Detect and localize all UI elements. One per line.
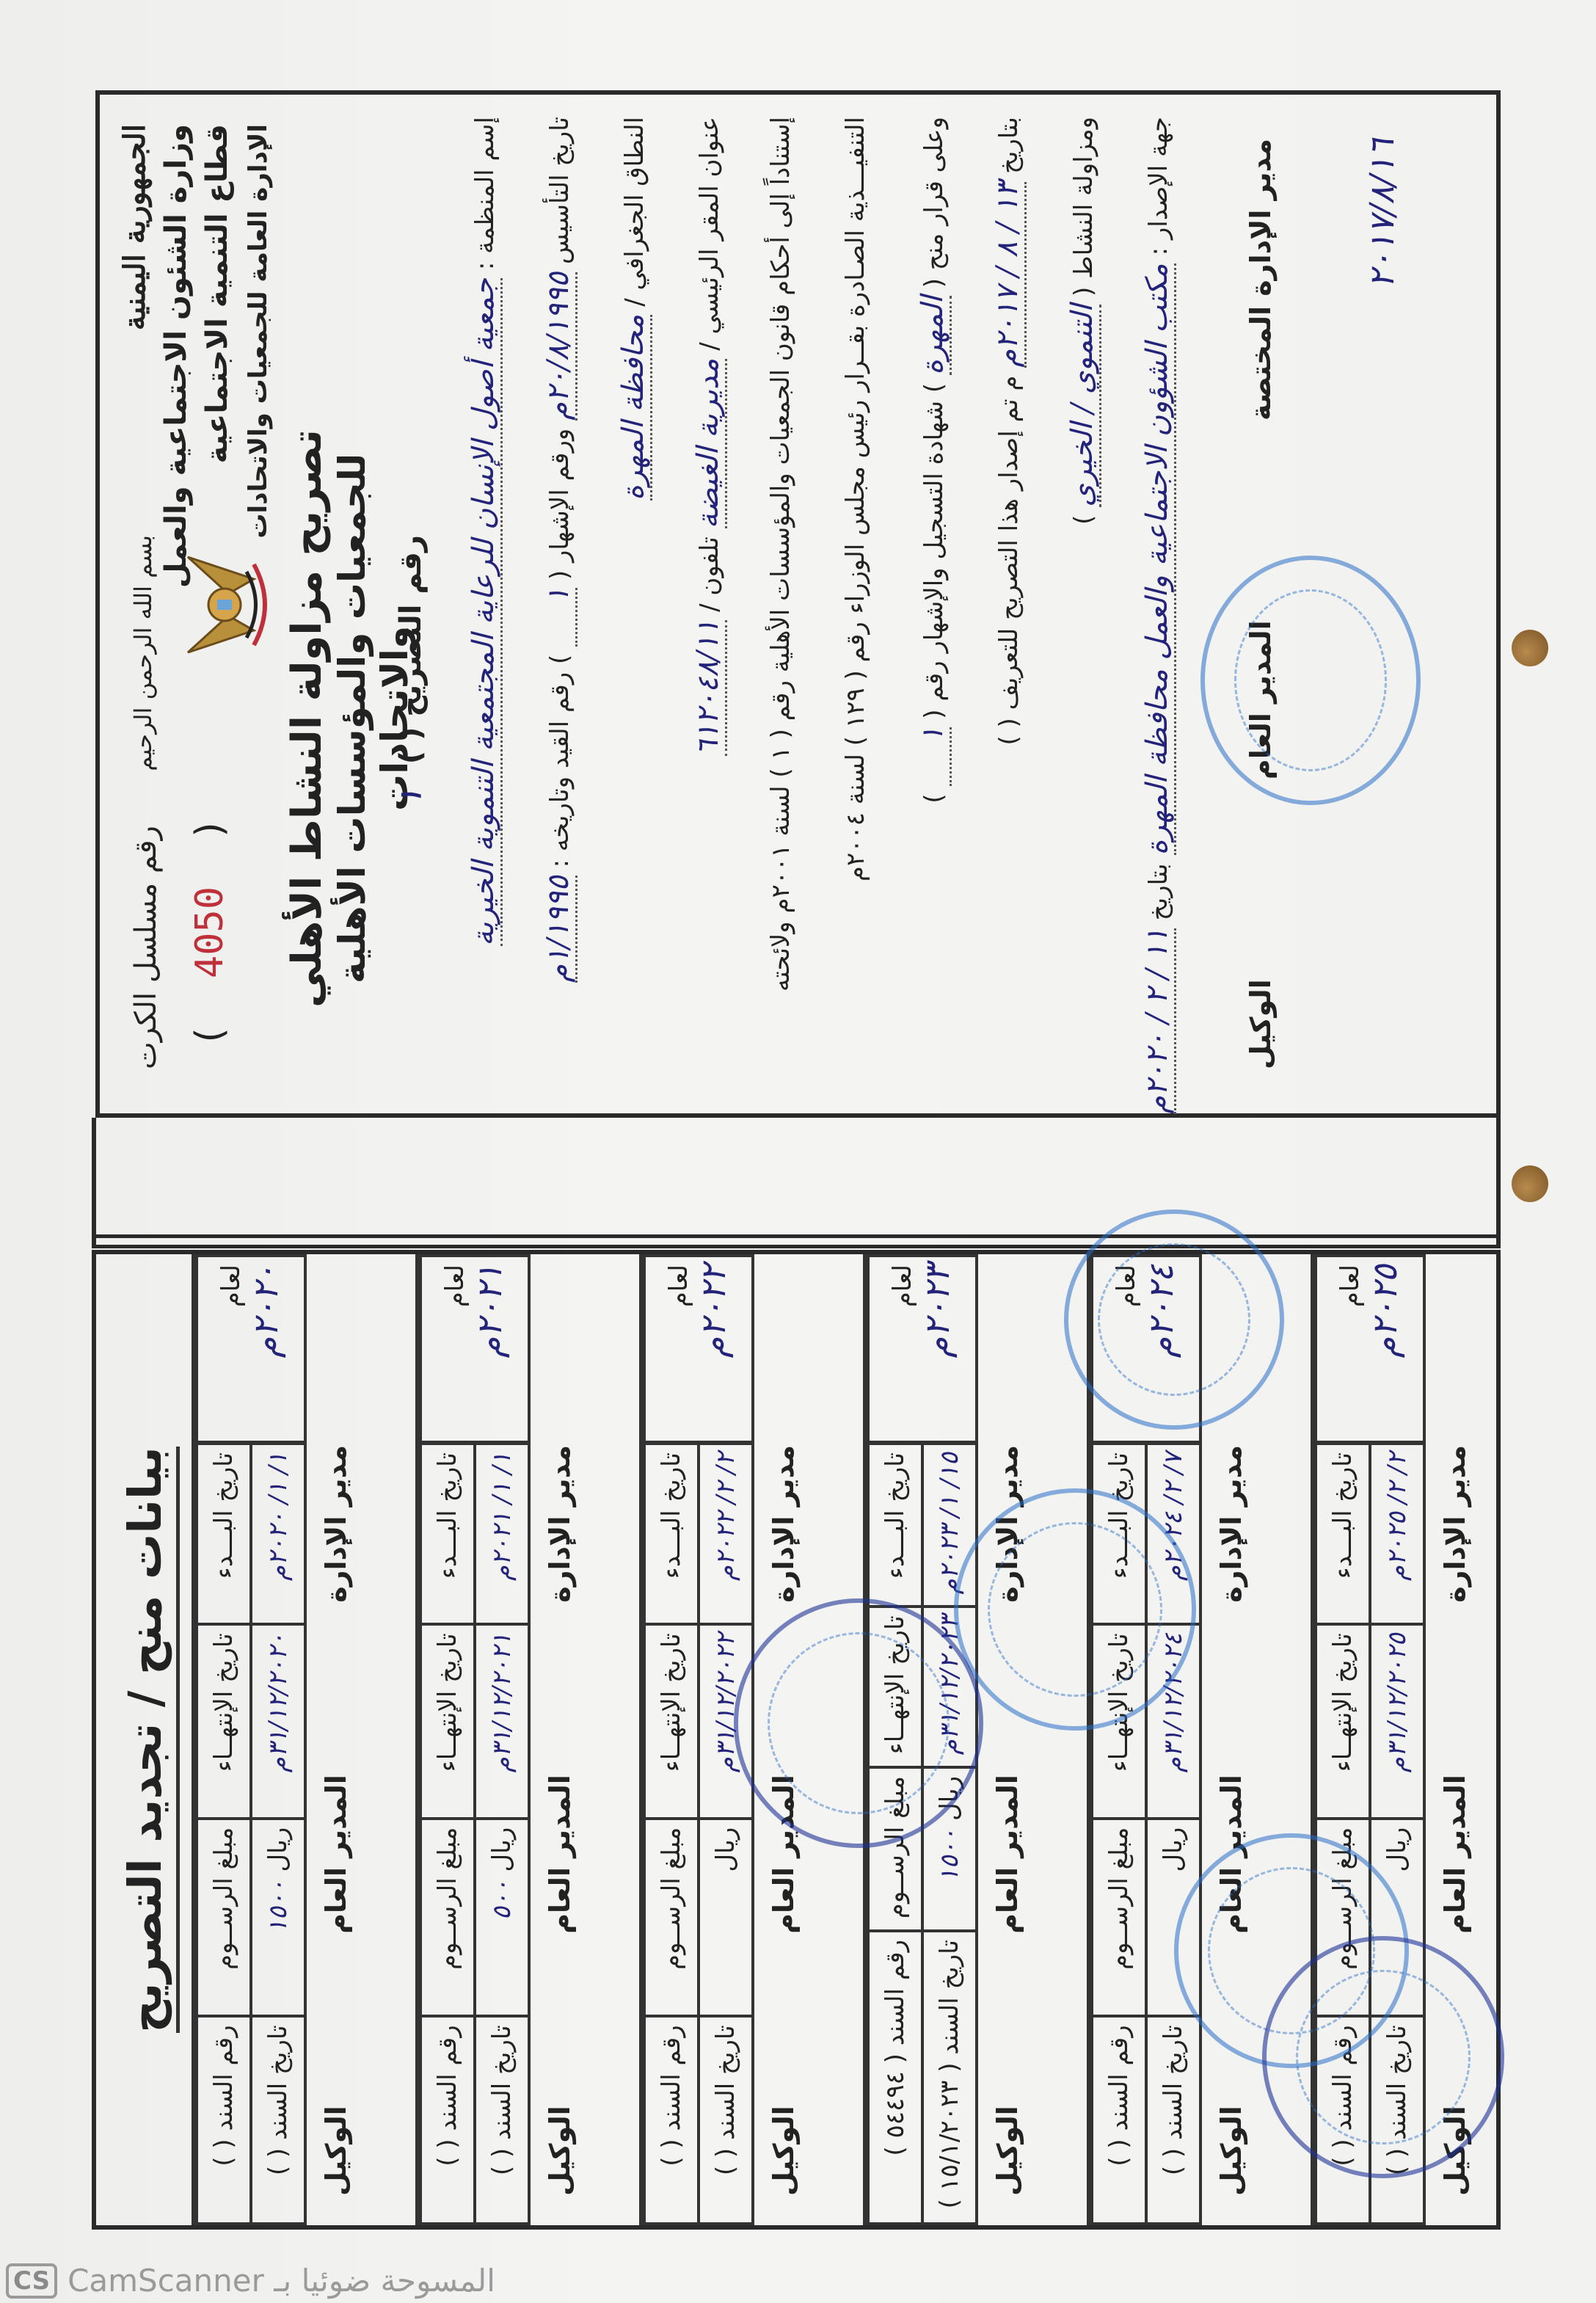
field-value: التنموي / الخيري xyxy=(1065,305,1101,507)
field-label: وعلى قرار منح ( xyxy=(919,117,949,288)
renewal-signatures: مدير الإدارة المدير العام الوكيل xyxy=(1215,1445,1247,2196)
certificate-field: إستناداً إلى أحكام قانون الجمعيات والمؤس… xyxy=(766,117,795,992)
admin-director-label: مدير الإدارة المختصة xyxy=(1245,139,1277,421)
fee-label: مبلغ الرســوم xyxy=(1092,1819,1146,2017)
field-value: جمعية أصول الإنسان للرعاية المجتمعية الت… xyxy=(467,278,503,946)
year-value: ٢٠٢٣م xyxy=(917,1265,957,1433)
field-value: ٦١٢٠٤٨/١١ xyxy=(691,620,727,756)
field-label: تلفون / xyxy=(695,536,724,612)
renewal-title: بيانات منح / تجديد التصريح xyxy=(118,1254,172,2225)
field-label: بتاريخ xyxy=(994,117,1024,174)
certificate-field: بتاريخ ١٣ / ٨ / ٢٠١٧م م تم إصدار هذا الت… xyxy=(991,117,1027,746)
renewal-signatures: مدير الإدارة المدير العام الوكيل xyxy=(320,1445,352,2196)
admin-signature-date: ٢٠١٧/٨/١٦ xyxy=(1362,139,1402,288)
camscanner-logo-icon: CS xyxy=(6,2263,57,2299)
renewal-row: لعام ٢٠٢١م تاريخ البـــدء تاريخ الإنتهــ… xyxy=(415,1254,643,2225)
receipt-no-label: رقم السند ( ) xyxy=(197,2016,251,2224)
end-date-label: تاريخ الإنتهــاء xyxy=(1316,1624,1370,1818)
end-date-value: ٣١/١٢/٢٠٢١م xyxy=(475,1624,529,1818)
field-label: النطاق الجغرافي / xyxy=(620,117,649,307)
field-label: ) xyxy=(1069,515,1098,525)
receipt-no-label: رقم السند ( ) xyxy=(1092,2016,1146,2224)
year-value: ٢٠٢٥م xyxy=(1365,1265,1404,1433)
serial-label: رقم مسلسل الكرت xyxy=(129,826,163,1069)
fee-label: مبلغ الرســوم xyxy=(644,1819,699,2017)
panel-divider xyxy=(92,1118,1501,1248)
official-stamp xyxy=(954,1488,1196,1731)
end-date-label: تاريخ الإنتهــاء xyxy=(644,1624,699,1818)
field-label: عنوان المقر الرئيسي / xyxy=(695,117,724,351)
field-value: ١/١٩٩٥م xyxy=(542,876,577,983)
general-director-label: المدير العام xyxy=(1439,1775,1471,1934)
field-label: ورقم الإشهار ( xyxy=(545,429,575,580)
start-date-value: ١/ ١/ ٢٠٢٠م xyxy=(251,1443,305,1624)
fee-value: ريال xyxy=(699,1819,753,2017)
year-cell: لعام ٢٠٢١م xyxy=(420,1256,529,1443)
receipt-date-cell: تاريخ السند ( ) xyxy=(251,2016,305,2224)
certificate-field: ومزاولة النشاط ( التنموي / الخيري ) xyxy=(1065,117,1101,525)
certificate-field: النطاق الجغرافي / محافظة المهرة xyxy=(616,117,652,501)
start-date-value: ١/ ١/ ٢٠٢١م xyxy=(475,1443,529,1624)
year-value: ٢٠٢٠م xyxy=(246,1265,285,1433)
field-value: المهرة xyxy=(916,296,952,375)
year-cell: لعام ٢٠٢٢م xyxy=(644,1256,753,1443)
yemen-emblem-icon xyxy=(173,550,269,660)
field-label: بتاريخ xyxy=(1144,863,1173,920)
year-cell: لعام ٢٠٢٣م xyxy=(868,1256,977,1443)
field-value: محافظة المهرة xyxy=(616,315,652,501)
start-date-value: ٢/ ٢/ ٢٠٢٥م xyxy=(1370,1443,1424,1624)
year-label: لعام xyxy=(440,1265,470,1433)
watermark-text: CamScanner المسوحة ضوئيا بـ xyxy=(68,2263,495,2299)
fee-label: مبلغ الرســوم xyxy=(197,1819,251,2017)
year-label: لعام xyxy=(888,1265,917,1433)
year-value: ٢٠٢٢م xyxy=(693,1265,733,1433)
deputy-label: الوكيل xyxy=(320,2106,352,2196)
fee-value: ريال ١٥٠٠ xyxy=(251,1819,305,2017)
deputy-label: الوكيل xyxy=(544,2106,576,2196)
field-label: جهة الإصدار : xyxy=(1144,117,1173,255)
certificate-field: التنفيـــذية الصـادرة بقــرار رئيس مجلس … xyxy=(841,117,870,881)
start-date-label: تاريخ البـــدء xyxy=(1316,1443,1370,1624)
start-date-value: ٢/ ٢/ ٢٠٢٢م xyxy=(699,1443,753,1624)
end-date-value: ٣١/١٢/٢٠٢٥م xyxy=(1370,1624,1424,1818)
certificate-field: عنوان المقر الرئيسي / مديرية الغيضة تلفو… xyxy=(691,117,727,756)
end-date-label: تاريخ الإنتهــاء xyxy=(197,1624,251,1818)
start-date-label: تاريخ البـــدء xyxy=(197,1443,251,1624)
fee-label: مبلغ الرســوم xyxy=(420,1819,475,2017)
admin-director-label: مدير الإدارة xyxy=(768,1445,800,1603)
receipt-no-label: رقم السند ( ) xyxy=(420,2016,475,2224)
general-director-label: المدير العام xyxy=(320,1775,352,1934)
renewal-row: لعام ٢٠٢٠م تاريخ البـــدء تاريخ الإنتهــ… xyxy=(192,1254,419,2225)
deputy-label: الوكيل xyxy=(1215,2106,1247,2196)
admin-director-label: مدير الإدارة xyxy=(320,1445,352,1603)
basmala: بسم الله الرحمن الرحيم xyxy=(129,535,157,771)
year-label: لعام xyxy=(216,1265,246,1433)
field-label: ) شهادة التسجيل والإشهار رقم ( xyxy=(919,383,949,719)
receipt-date-cell: تاريخ السند ( ) xyxy=(1146,2016,1200,2224)
ministry-header: الجمهورية اليمنية وزارة الشئون الاجتماعي… xyxy=(114,124,279,588)
serial-number: ( 4050 ) xyxy=(188,818,232,1047)
year-cell: لعام ٢٠٢٥م xyxy=(1316,1256,1424,1443)
admin-director-label: مدير الإدارة xyxy=(1439,1445,1471,1603)
receipt-date-cell: تاريخ السند ( ) xyxy=(699,2016,753,2224)
official-stamp xyxy=(734,1598,983,1848)
general-director-label: المدير العام xyxy=(991,1775,1024,1934)
field-label: تاريخ التأسيس xyxy=(545,117,575,264)
field-label: ) xyxy=(919,793,949,803)
field-value: ١ xyxy=(916,727,952,786)
permit-certificate-panel: الجمهورية اليمنية وزارة الشئون الاجتماعي… xyxy=(95,90,1501,1118)
receipt-no-label: رقم السند ( ) xyxy=(644,2016,699,2224)
start-date-label: تاريخ البـــدء xyxy=(644,1443,699,1624)
field-value: ١٣ / ٨ / ٢٠١٧م xyxy=(991,182,1027,368)
receipt-date-cell: تاريخ السند ( ١٥/١/٢٠٢٣ ) xyxy=(922,1931,977,2224)
general-director-label: المدير العام xyxy=(544,1775,576,1934)
official-stamp xyxy=(1064,1209,1284,1430)
field-label: ومزاولة النشاط ( xyxy=(1069,117,1098,296)
admin-director-label: مدير الإدارة xyxy=(544,1445,576,1603)
end-date-value: ٣١/١٢/٢٠٢٠م xyxy=(251,1624,305,1818)
permit-number: رقم التصريح ( ) ١ xyxy=(393,535,428,805)
camscanner-watermark: CS CamScanner المسوحة ضوئيا بـ xyxy=(6,2263,495,2299)
year-label: لعام xyxy=(664,1265,693,1433)
end-date-label: تاريخ الإنتهــاء xyxy=(420,1624,475,1818)
year-cell: لعام ٢٠٢٠م xyxy=(197,1256,305,1443)
staple-pin xyxy=(1512,1165,1548,1202)
field-label: ) رقم القيد وتاريخه : xyxy=(545,655,575,868)
field-value: ١ xyxy=(542,588,577,647)
field-label: إستناداً إلى أحكام قانون الجمعيات والمؤس… xyxy=(766,117,795,992)
field-value: مكتب الشؤون الاجتماعية والعمل محافظة الم… xyxy=(1140,263,1176,855)
certificate-field: إسم المنظمة : جمعية أصول الإنسان للرعاية… xyxy=(467,117,503,946)
deputy-label: الوكيل xyxy=(1245,979,1277,1069)
field-label: ) xyxy=(994,735,1024,745)
start-date-label: تاريخ البـــدء xyxy=(420,1443,475,1624)
year-value: ٢٠٢١م xyxy=(470,1265,509,1433)
field-label: التنفيـــذية الصـادرة بقــرار رئيس مجلس … xyxy=(841,117,870,881)
field-label: م تم إصدار هذا التصريح للتعريف ( xyxy=(994,376,1024,728)
field-value: ١١ / ٢ / ٢٠٢٠م xyxy=(1140,928,1176,1114)
field-label: إسم المنظمة : xyxy=(470,117,500,270)
field-value: ٢٠/٨/١٩٩٥م xyxy=(542,272,577,421)
renewal-signatures: مدير الإدارة المدير العام الوكيل xyxy=(544,1445,576,2196)
receipt-date-cell: تاريخ السند ( ) xyxy=(475,2016,529,2224)
deputy-label: الوكيل xyxy=(768,2106,800,2196)
fee-value: ريال ٥٠٠ xyxy=(475,1819,529,2017)
staple-pin xyxy=(1512,630,1548,666)
certificate-field: وعلى قرار منح ( المهرة ) شهادة التسجيل و… xyxy=(916,117,952,804)
year-label: لعام xyxy=(1336,1265,1365,1433)
certificate-field: تاريخ التأسيس ٢٠/٨/١٩٩٥م ورقم الإشهار ( … xyxy=(542,117,577,983)
field-value: مديرية الغيضة xyxy=(691,359,727,529)
official-stamp xyxy=(1262,1936,1504,2178)
admin-director-label: مدير الإدارة xyxy=(1215,1445,1247,1603)
start-date-label: تاريخ البـــدء xyxy=(868,1443,922,1607)
scanned-permit-document: بيانات منح / تجديد التصريح لعام ٢٠٢٠م تا… xyxy=(0,0,1596,2303)
deputy-label: الوكيل xyxy=(991,2106,1024,2196)
receipt-no-label: رقم السند ( ٥٤٤٩٤ ) xyxy=(868,1931,922,2224)
certificate-field: جهة الإصدار : مكتب الشؤون الاجتماعية وال… xyxy=(1140,117,1176,1114)
official-stamp xyxy=(1200,556,1421,805)
